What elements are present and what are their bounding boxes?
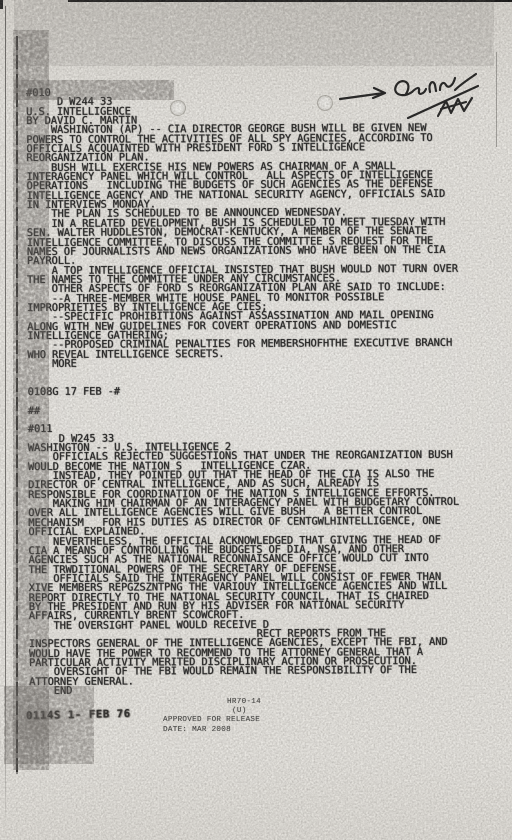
sign-off-timestamp: 0114S 1- FEB 76 [26, 708, 131, 722]
scan-artifact-left-line [5, 6, 6, 828]
scan-artifact-left-dark-line [16, 36, 18, 774]
wire-section-2: #011 D W245 33 WASHINGTON -- U.S. INTELL… [28, 423, 460, 696]
ink-smudge [0, 688, 96, 762]
handwritten-annotation [338, 56, 500, 134]
page-break-marks: ## [28, 395, 459, 425]
stamp-date-line: DATE: MAR 2008 [163, 726, 261, 735]
scan-artifact-right-edge [496, 52, 497, 147]
handwriting-svg [338, 56, 500, 134]
handwritten-initials-scribble [438, 98, 472, 116]
release-stamp: HR70-14 (U) APPROVED FOR RELEASE DATE: M… [163, 698, 261, 735]
scan-artifact-top-line [68, 0, 512, 2]
stamp-approved-line: APPROVED FOR RELEASE [163, 716, 261, 725]
typed-text-block: #010 D W244 33 U.S. INTELLIGENCE BY DAVI… [26, 87, 460, 697]
stamp-code: HR70-14 [163, 698, 261, 707]
scanned-document-page: #010 D W244 33 U.S. INTELLIGENCE BY DAVI… [0, 0, 512, 840]
scan-artifact-corner-mark [0, 0, 3, 9]
